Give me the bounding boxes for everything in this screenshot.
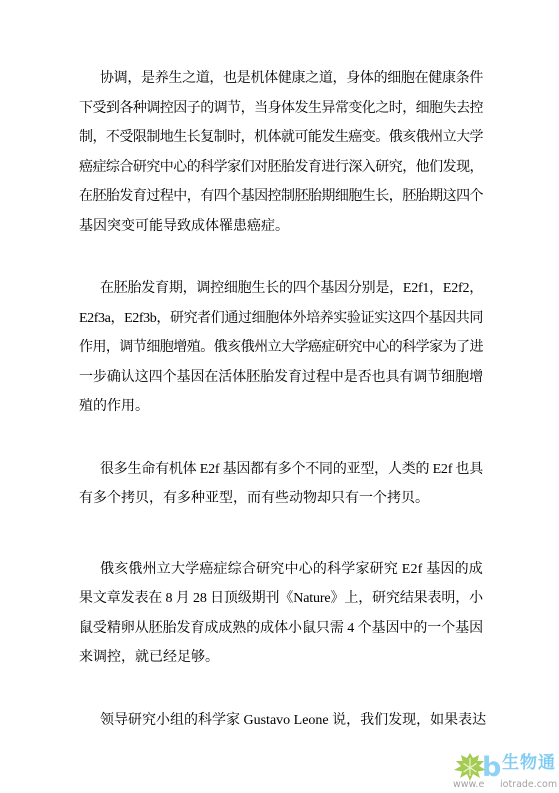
paragraph-1: 协调，是养生之道，也是机体健康之道，身体的细胞在健康条件 下受到各种调控因子的调…	[79, 64, 483, 241]
url-suffix: iotrade.com	[500, 779, 557, 790]
text-line: 癌症综合研究中心的科学家们对胚胎发育进行深入研究，他们发现，	[79, 153, 483, 183]
paragraph-5: 领导研究小组的科学家 Gustavo Leone 说，我们发现，如果表达	[79, 706, 483, 736]
text-line: 来调控，就已经足够。	[79, 643, 483, 673]
text-line: 殖的作用。	[79, 392, 483, 422]
watermark-logo: b 生物通 www.e iotrade.com	[453, 752, 557, 790]
paragraph-3: 很多生命有机体 E2f 基因都有多个不同的亚型，人类的 E2f 也具 有多个拷贝…	[79, 455, 483, 514]
brand-name: 生物通	[502, 754, 556, 772]
text-line: 鼠受精卵从胚胎发育成成熟的成体小鼠只需 4 个基因中的一个基因	[79, 614, 483, 644]
text-line: 制，不受限制地生长复制时，机体就可能发生癌变。俄亥俄州立大学	[79, 123, 483, 153]
article-body: 协调，是养生之道，也是机体健康之道，身体的细胞在健康条件 下受到各种调控因子的调…	[79, 64, 483, 768]
paragraph-2: 在胚胎发育期，调控细胞生长的四个基因分别是，E2f1，E2f2， E2f3a，E…	[79, 274, 483, 422]
text-line: 一步确认这四个基因在活体胚胎发育过程中是否也具有调节细胞增	[79, 363, 483, 393]
text-line: 果文章发表在 8 月 28 日顶级期刊《Nature》上，研究结果表明，小	[79, 584, 483, 614]
text-line: 协调，是养生之道，也是机体健康之道，身体的细胞在健康条件	[79, 64, 483, 94]
text-line: E2f3a，E2f3b，研究者们通过细胞体外培养实验证实这四个基因共同	[79, 304, 483, 334]
text-line: 作用，调节细胞增殖。俄亥俄州立大学癌症研究中心的科学家为了进	[79, 333, 483, 363]
text-line: 有多个拷贝，有多种亚型，而有些动物却只有一个拷贝。	[79, 484, 483, 514]
text-line: 俄亥俄州立大学癌症综合研究中心的科学家研究 E2f 基因的成	[79, 555, 483, 585]
text-line: 在胚胎发育过程中，有四个基因控制胚胎期细胞生长，胚胎期这四个	[79, 182, 483, 212]
url-prefix: www.e	[453, 779, 484, 790]
text-line: 领导研究小组的科学家 Gustavo Leone 说，我们发现，如果表达	[79, 706, 483, 736]
paragraph-4: 俄亥俄州立大学癌症综合研究中心的科学家研究 E2f 基因的成 果文章发表在 8 …	[79, 555, 483, 673]
brand-letter-b: b	[482, 754, 501, 781]
text-line: 基因突变可能导致成体罹患癌症。	[79, 212, 483, 242]
text-line: 很多生命有机体 E2f 基因都有多个不同的亚型，人类的 E2f 也具	[79, 455, 483, 485]
text-line: 下受到各种调控因子的调节，当身体发生异常变化之时，细胞失去控	[79, 94, 483, 124]
text-line: 在胚胎发育期，调控细胞生长的四个基因分别是，E2f1，E2f2，	[79, 274, 483, 304]
